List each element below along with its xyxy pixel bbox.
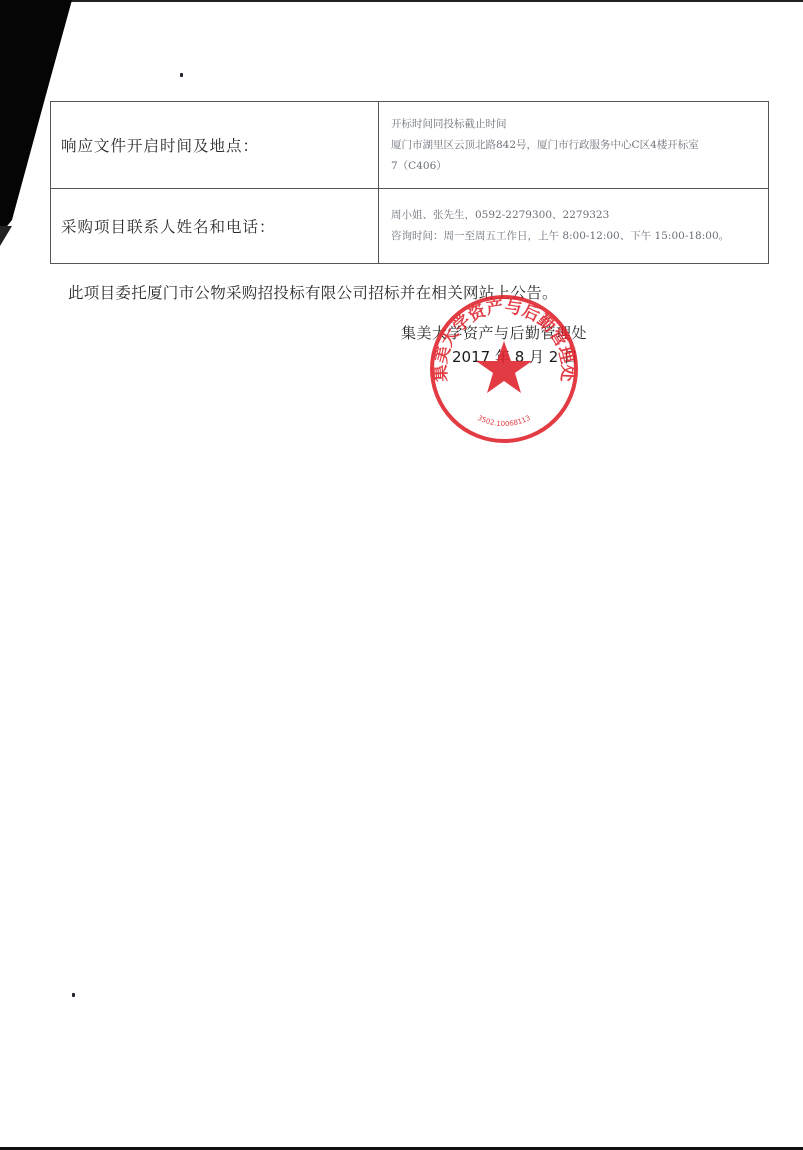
stamp-star-icon [476, 341, 532, 393]
official-seal-icon: 集美大学资产与后勤管理处 3502.10068113 [428, 293, 580, 445]
table-row: 响应文件开启时间及地点： 开标时间同投标截止时间 厦门市湖里区云顶北路842号，… [51, 102, 769, 189]
value-line: 厦门市湖里区云顶北路842号，厦门市行政服务中心C区4楼开标室 [391, 135, 756, 156]
opening-time-location-label: 响应文件开启时间及地点： [51, 102, 379, 189]
stamp-serial: 3502.10068113 [476, 414, 532, 428]
contact-value: 周小姐、张先生，0592-2279300、2279323 咨询时间：周一至周五工… [379, 189, 769, 264]
info-table: 响应文件开启时间及地点： 开标时间同投标截止时间 厦门市湖里区云顶北路842号，… [50, 101, 769, 264]
scan-speck [72, 993, 75, 997]
opening-time-location-value: 开标时间同投标截止时间 厦门市湖里区云顶北路842号，厦门市行政服务中心C区4楼… [379, 102, 769, 189]
value-line: 7（C406） [391, 156, 756, 177]
contact-label: 采购项目联系人姓名和电话： [51, 189, 379, 264]
scan-shadow-fragment [0, 226, 14, 246]
value-line: 开标时间同投标截止时间 [391, 114, 756, 135]
scan-top-edge [0, 0, 803, 2]
scan-speck [180, 73, 183, 77]
value-line: 周小姐、张先生，0592-2279300、2279323 [391, 205, 756, 226]
table-row: 采购项目联系人姓名和电话： 周小姐、张先生，0592-2279300、22793… [51, 189, 769, 264]
value-line: 咨询时间：周一至周五工作日，上午 8:00-12:00、下午 15:00-18:… [391, 226, 756, 247]
